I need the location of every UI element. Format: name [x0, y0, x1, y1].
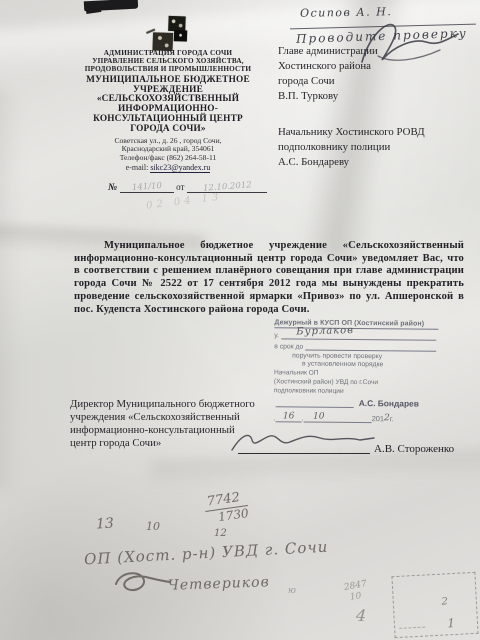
- pencil-fraction: 7742 1730: [203, 489, 249, 526]
- signer-title-line: учреждения «Сельскохозяйственный: [70, 411, 285, 424]
- box-inner-line: [399, 627, 425, 629]
- body-line: информационно-консультационный центр гор…: [74, 253, 464, 266]
- box-digit: 1: [447, 616, 455, 630]
- box-digit: 2: [441, 596, 448, 607]
- pencil-digit: 13: [96, 516, 115, 533]
- stamp-handwritten-name: Бурлаков: [296, 325, 354, 338]
- faint-pencil-number: 2847: [343, 579, 367, 593]
- faint-pencil-digit: 4: [355, 606, 366, 626]
- letter-body: Муниципальное бюджетное учреждение «Сель…: [74, 240, 464, 316]
- recipient-block-2: Начальнику Хостинского РОВД подполковник…: [278, 125, 425, 170]
- faint-pencil-note: 02 04 13: [146, 191, 223, 211]
- body-line: проведение сельскохозяйственной ярмарки …: [74, 291, 464, 304]
- org-email-row: e-mail: sikc23@yandex.ru: [62, 163, 274, 172]
- recipient-line: Начальнику Хостинского РОВД: [278, 125, 425, 140]
- director-name: А.В. Стороженко: [374, 443, 454, 455]
- recipient-line: Хостинского района: [278, 59, 378, 74]
- recipient-name: А.С. Бондареву: [278, 155, 425, 170]
- ref-number-handwritten: 141/10: [131, 181, 162, 193]
- stamp-instruction: в установленном порядке: [302, 361, 438, 369]
- scanned-letter-page: АДМИНИСТРАЦИЯ ГОРОДА СОЧИ УПРАВЛЕНИЕ СЕЛ…: [0, 0, 480, 640]
- emblem-quadrant: [174, 30, 187, 41]
- recipient-line: подполковнику полиции: [278, 140, 425, 155]
- fraction-denominator: 1730: [217, 506, 249, 524]
- org-line: ГОРОДА СОЧИ»: [62, 125, 274, 135]
- faint-dashed-stamp-box: 2 1: [391, 572, 478, 638]
- recipient-name: В.П. Туркову: [278, 89, 378, 104]
- body-line: пос. Кудепста Хостинского района города …: [74, 304, 464, 317]
- stamp-signer-name: А.С. Бондарев: [359, 398, 419, 409]
- stamp-field-label: у.: [274, 332, 279, 339]
- ref-date-field: 12.10.2012: [187, 181, 267, 193]
- pencil-signature-flourish: [110, 568, 174, 596]
- stamp-signer-title: Начальник ОП: [274, 369, 438, 377]
- stamp-signer-title: (Хостинский район) УВД по г.Сочи: [274, 378, 438, 386]
- date-month-handwritten: 10: [313, 412, 325, 422]
- letterhead: АДМИНИСТРАЦИЯ ГОРОДА СОЧИ УПРАВЛЕНИЕ СЕЛ…: [62, 50, 274, 172]
- faint-pencil-number: 10: [349, 591, 362, 602]
- date-suffix: г.: [390, 414, 394, 423]
- org-phone: Телефон/факс (862) 264-58-11: [62, 154, 274, 163]
- signer-title-line: Директор Муниципального бюджетного: [70, 398, 285, 411]
- stamp-signer-title: подполковник полиции: [274, 387, 438, 395]
- signature-underline: [238, 453, 370, 454]
- ref-date-handwritten: 12.10.2012: [202, 180, 251, 193]
- stamp-signature-row: А.С. Бондарев: [274, 397, 438, 408]
- date-fill-line: [334, 422, 372, 423]
- body-line: в соответствии с решением планёрного сов…: [74, 265, 464, 278]
- ref-number-label: №: [108, 182, 117, 193]
- body-line: города Сочи № 2522 от 17 сентября 2012 г…: [74, 278, 464, 291]
- faint-pencil-mark: ю: [288, 586, 296, 596]
- pencil-signature-name: Четвериков: [168, 574, 270, 594]
- reference-line: № 141/10 от 12.10.2012: [108, 181, 267, 193]
- emblem-quadrant: [168, 16, 186, 32]
- stamp-date-row: . 16 . 10 201 2 г.: [274, 411, 438, 423]
- ref-from-label: от: [176, 182, 184, 192]
- email-label: e-mail:: [126, 163, 149, 172]
- date-month-field: 10: [304, 412, 334, 423]
- stamp-field-officer: у. Бурлаков: [274, 331, 438, 340]
- recipient-line: города Сочи: [278, 74, 378, 89]
- body-line: Муниципальное бюджетное учреждение «Сель…: [74, 240, 464, 253]
- recipient-block-1: Главе администрации Хостинского района г…: [278, 44, 378, 104]
- pencil-department-note: ОП (Хост. р-н) УВД г. Сочи: [84, 538, 329, 569]
- pencil-digit: 10: [146, 520, 160, 533]
- stamp-field-label: в срок до: [274, 343, 303, 350]
- stamp-instruction: поручить провести проверку: [292, 352, 438, 360]
- email-address: sikc23@yandex.ru: [150, 163, 210, 173]
- stamp-field-deadline: в срок до: [274, 342, 438, 351]
- date-year-prefix: 201: [372, 414, 384, 423]
- stamp-fill-line: [305, 343, 436, 352]
- stamp-signature-line: [276, 399, 354, 408]
- recipient-line: Главе администрации: [278, 44, 378, 59]
- paper-crease: [0, 90, 20, 490]
- org-line: ПРОДОВОЛЬСТВИЯ И ПРОМЫШЛЕННОСТИ: [62, 66, 274, 74]
- pencil-digit: 12: [214, 528, 227, 539]
- paper-clip-shadow: [86, 6, 102, 14]
- police-registration-stamp: Дежурный в КУСП ОП (Хостинский район) у.…: [274, 319, 439, 423]
- ref-number-field: 141/10: [120, 181, 174, 193]
